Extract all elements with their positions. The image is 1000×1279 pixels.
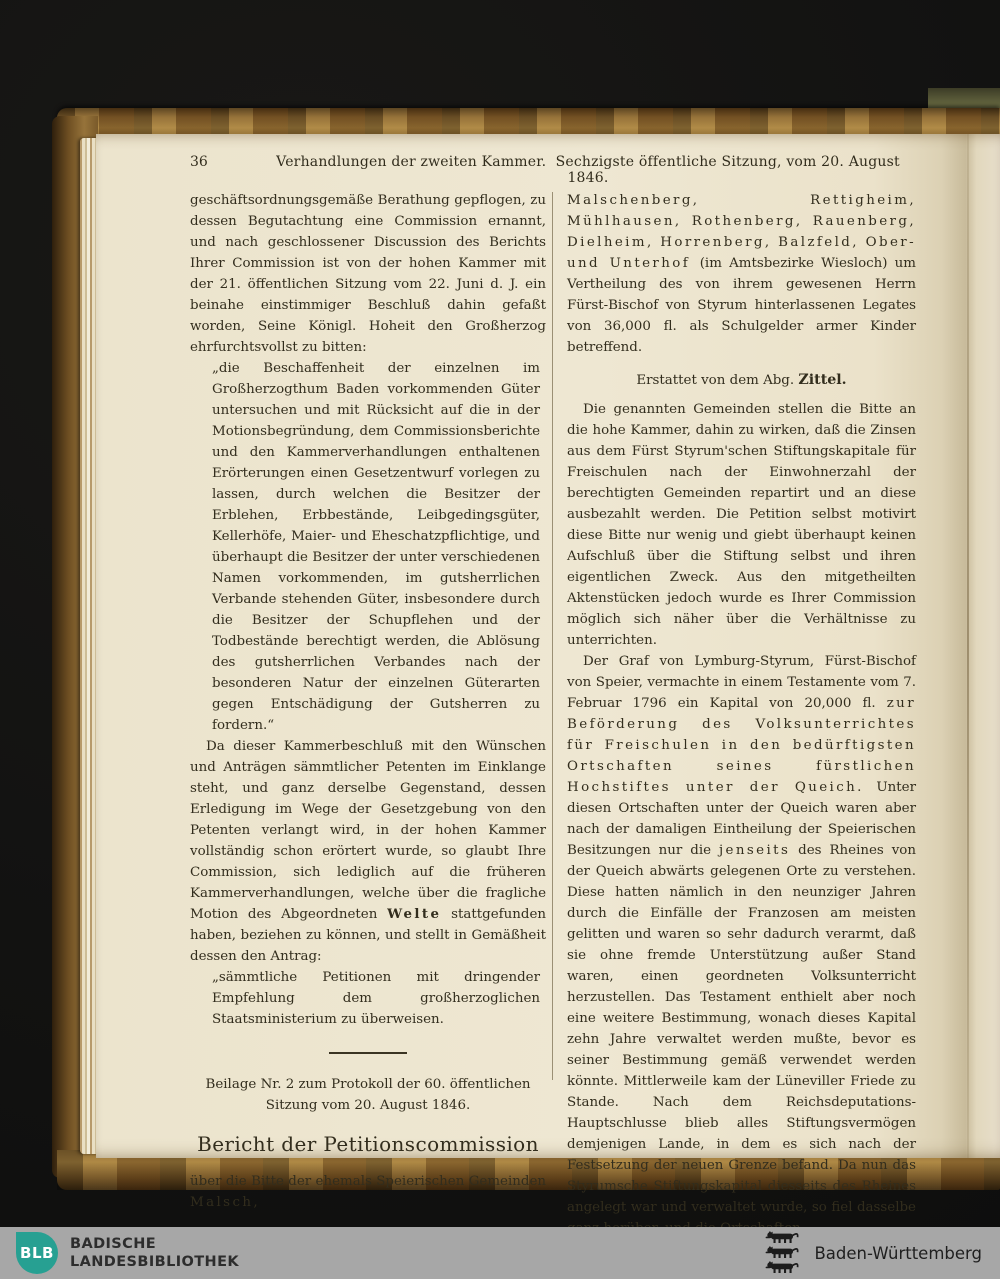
photo-background: 36 Verhandlungen der zweiten Kammer. Sec…	[0, 0, 1000, 1279]
library-name-line2: LANDESBIBLIOTHEK	[70, 1253, 239, 1271]
right-column: Malschenberg, Rettigheim, Mühlhausen, Ro…	[559, 190, 916, 1239]
scanned-page: 36 Verhandlungen der zweiten Kammer. Sec…	[96, 134, 1000, 1158]
paragraph-text: Der Graf von Lymburg-Styrum, Fürst-Bisch…	[567, 654, 916, 711]
library-footer-bar: BLB BADISCHE LANDESBIBLIOTHEK	[0, 1227, 1000, 1279]
session-title: Sechzigste öffentliche Sitzung, vom 20. …	[556, 154, 900, 186]
library-name: BADISCHE LANDESBIBLIOTHEK	[70, 1235, 239, 1271]
place-name: Malsch,	[190, 1195, 260, 1210]
section-divider-rule	[329, 1052, 407, 1054]
left-column: geschäftsordnungsgemäße Berathung gepflo…	[190, 190, 546, 1239]
block-quote: „sämmtliche Petitionen mit dringender Em…	[212, 967, 540, 1030]
report-heading: Bericht der Petitionscommission	[190, 1134, 546, 1155]
reporter-name: Zittel.	[798, 372, 846, 388]
page-number: 36	[190, 154, 260, 170]
subject-line: über die Bitte der ehemals Speierischen …	[190, 1171, 546, 1213]
library-branding: BLB BADISCHE LANDESBIBLIOTHEK	[16, 1232, 239, 1274]
block-quote: „die Beschaffenheit der einzelnen im Gro…	[212, 358, 540, 736]
emphasized-text: jenseits	[719, 843, 790, 858]
blb-logo: BLB	[16, 1232, 58, 1274]
two-column-text: geschäftsordnungsgemäße Berathung gepflo…	[190, 190, 916, 1239]
running-head: 36 Verhandlungen der zweiten Kammer. Sec…	[190, 154, 916, 180]
reporter-line: Erstattet von dem Abg. Zittel.	[567, 370, 916, 391]
paragraph: Da dieser Kammerbeschluß mit den Wünsche…	[190, 736, 546, 967]
deputy-name: Welte	[387, 906, 441, 922]
blb-logo-text: BLB	[20, 1244, 54, 1262]
baden-wuerttemberg-coat-of-arms-icon	[765, 1231, 801, 1275]
subject-text: über die Bitte der ehemals Speierischen …	[190, 1174, 546, 1189]
paragraph-text: Da dieser Kammerbeschluß mit den Wünsche…	[190, 739, 546, 922]
library-name-line1: BADISCHE	[70, 1235, 239, 1253]
column-divider	[552, 192, 553, 1080]
paragraph: Die genannten Gemeinden stellen die Bitt…	[567, 399, 916, 651]
volume-title: Verhandlungen der zweiten Kammer.	[276, 154, 546, 170]
petition-places: Malschenberg, Rettigheim, Mühlhausen, Ro…	[567, 190, 916, 358]
running-head-title: Verhandlungen der zweiten Kammer. Sechzi…	[260, 154, 916, 186]
paragraph: Der Graf von Lymburg-Styrum, Fürst-Bisch…	[567, 651, 916, 1239]
paragraph: geschäftsordnungsgemäße Berathung gepflo…	[190, 190, 546, 358]
state-label: Baden-Württemberg	[814, 1244, 982, 1263]
beilage-caption: Beilage Nr. 2 zum Protokoll der 60. öffe…	[190, 1074, 546, 1116]
reporter-text: Erstattet von dem Abg.	[636, 373, 798, 388]
paragraph-text: des Rheines von der Queich abwärts geleg…	[567, 843, 916, 1236]
state-branding: Baden-Württemberg	[765, 1231, 982, 1275]
gutter-crease	[967, 134, 969, 1158]
